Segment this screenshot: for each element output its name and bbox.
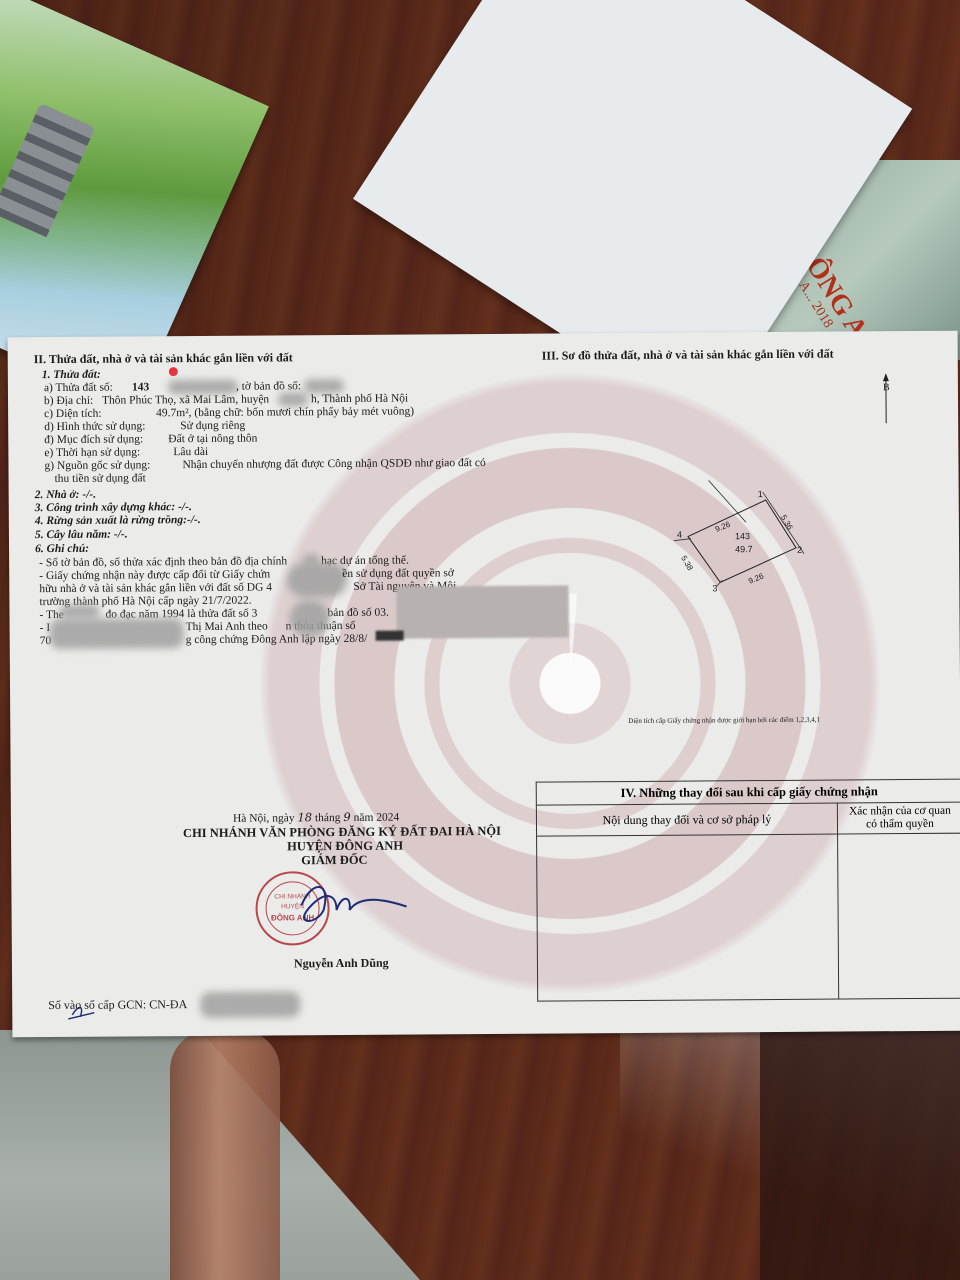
leg-photo bbox=[170, 1030, 280, 1280]
registry-number: Số vào sổ cấp GCN: CN-ĐA bbox=[48, 998, 187, 1012]
table-shadow bbox=[760, 1030, 960, 1280]
land-use-certificate: II. Thửa đất, nhà ở và tài sản khác gắn … bbox=[8, 331, 960, 1038]
signer-name: Nguyễn Anh Dũng bbox=[294, 957, 389, 971]
signature-scribble bbox=[8, 331, 960, 1038]
redacted-region bbox=[200, 991, 300, 1018]
pagoda-illustration bbox=[0, 103, 95, 237]
